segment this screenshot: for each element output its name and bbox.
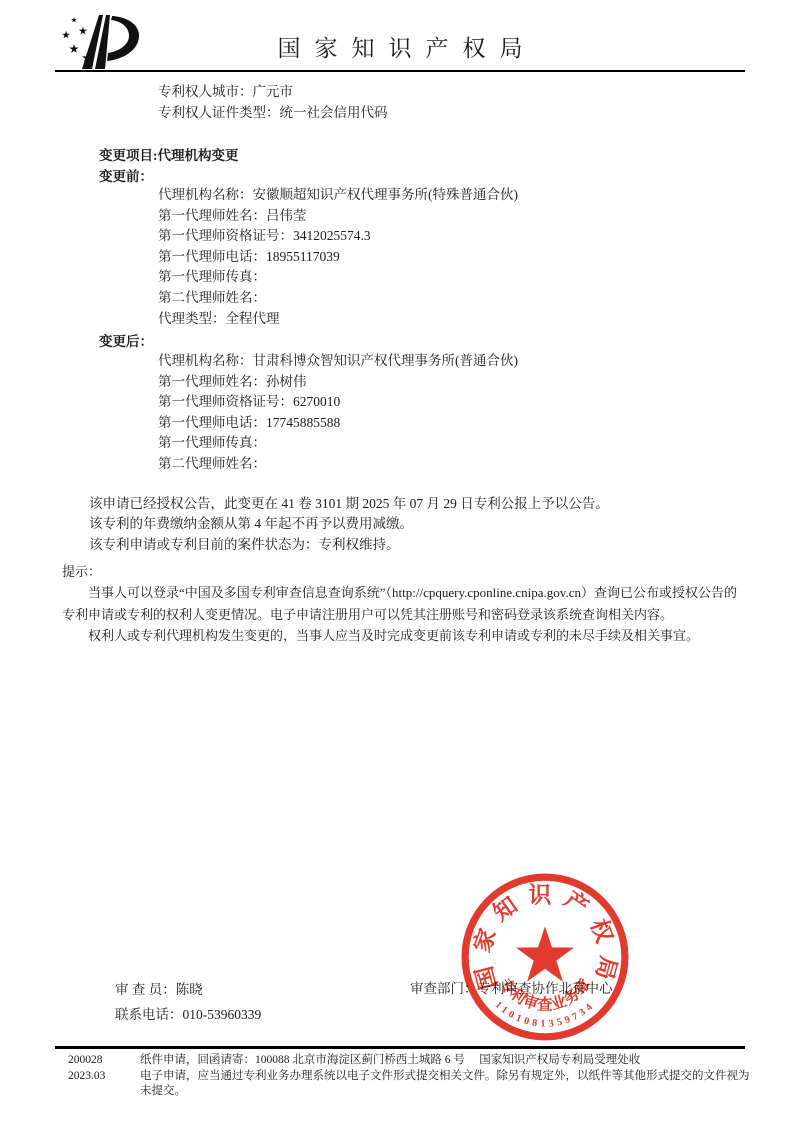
- form-date: 2023.03: [68, 1069, 105, 1085]
- change-item-heading: 变更项目:代理机构变更: [99, 144, 239, 164]
- change-before-fields: 代理机构名称：安徽顺超知识产权代理事务所(特殊普通合伙) 第一代理师姓名：吕伟莹…: [158, 185, 518, 329]
- field-label: 第一代理师传真：: [158, 269, 266, 284]
- field-label: 代理机构名称：: [158, 353, 253, 368]
- field-row: 第一代理师姓名：孙树伟: [158, 372, 518, 393]
- field-label: 第一代理师资格证号：: [158, 228, 293, 243]
- field-value: 甘肃科博众智知识产权代理事务所(普通合伙): [253, 353, 519, 368]
- note-line: 该专利申请或专利目前的案件状态为：专利权维持。: [62, 535, 762, 555]
- field-value: 全程代理: [226, 311, 280, 326]
- footer-divider: [55, 1046, 745, 1049]
- field-row: 代理机构名称：甘肃科博众智知识产权代理事务所(普通合伙): [158, 351, 518, 372]
- phone-number: 010-53960339: [183, 1007, 262, 1022]
- official-seal: 国家知识产权局 专利审查业务章 1101081359734: [460, 872, 630, 1042]
- field-value: 17745885588: [266, 415, 340, 430]
- field-label: 第一代理师电话：: [158, 415, 266, 430]
- note-line: 该专利的年费缴纳金额从第 4 年起不再予以费用减缴。: [62, 514, 762, 534]
- patentee-city-row: 专利权人城市：广元市: [158, 81, 388, 102]
- field-value: 广元市: [253, 84, 294, 99]
- examiner-label: 审 查 员：: [115, 982, 176, 997]
- field-label: 代理机构名称：: [158, 187, 253, 202]
- tips-heading: 提示：: [62, 561, 101, 580]
- footer-line: 电子申请，应当通过专利业务办理系统以电子文件形式提交相关文件。除另有规定外，以纸…: [140, 1069, 750, 1100]
- examiner-row: 审 查 员：陈晓: [115, 977, 261, 1002]
- footer-line: 纸件申请，回函请寄：100088 北京市海淀区蓟门桥西土城路 6 号 国家知识产…: [140, 1053, 750, 1069]
- field-label: 第一代理师姓名：: [158, 374, 266, 389]
- field-value: 3412025574.3: [293, 228, 371, 243]
- seal-star-icon: [516, 926, 574, 981]
- field-row: 第一代理师传真：: [158, 267, 518, 288]
- examiner-name: 陈晓: [176, 982, 203, 997]
- field-label: 专利权人城市：: [158, 84, 253, 99]
- field-label: 第二代理师姓名：: [158, 456, 266, 471]
- patentee-idtype-row: 专利权人证件类型：统一社会信用代码: [158, 102, 388, 123]
- svg-text:专利审查业务章: 专利审查业务章: [496, 975, 595, 1014]
- footer-instructions: 纸件申请，回函请寄：100088 北京市海淀区蓟门桥西土城路 6 号 国家知识产…: [140, 1053, 750, 1100]
- examiner-block: 审 查 员：陈晓 联系电话：010-53960339: [115, 977, 261, 1027]
- field-row: 第二代理师姓名：: [158, 454, 518, 475]
- field-row: 代理类型：全程代理: [158, 309, 518, 330]
- tips-paragraph: 当事人可以登录“中国及多国专利审查信息查询系统”（http://cpquery.…: [62, 582, 748, 625]
- field-label: 第一代理师传真：: [158, 435, 266, 450]
- phone-row: 联系电话：010-53960339: [115, 1002, 261, 1027]
- footer-form-codes: 200028 2023.03: [68, 1053, 105, 1084]
- field-row: 第一代理师电话：18955117039: [158, 247, 518, 268]
- patentee-info: 专利权人城市：广元市 专利权人证件类型：统一社会信用代码: [158, 81, 388, 123]
- field-label: 第一代理师姓名：: [158, 208, 266, 223]
- document-page: 国家知识产权局 专利权人城市：广元市 专利权人证件类型：统一社会信用代码 变更项…: [0, 0, 800, 1131]
- note-line: 该申请已经授权公告，此变更在 41 卷 3101 期 2025 年 07 月 2…: [62, 494, 762, 514]
- field-label: 第一代理师电话：: [158, 249, 266, 264]
- field-row: 第一代理师电话：17745885588: [158, 413, 518, 434]
- field-row: 第一代理师传真：: [158, 433, 518, 454]
- field-row: 代理机构名称：安徽顺超知识产权代理事务所(特殊普通合伙): [158, 185, 518, 206]
- field-value: 统一社会信用代码: [280, 105, 388, 120]
- field-row: 第一代理师资格证号：6270010: [158, 392, 518, 413]
- tips-body: 当事人可以登录“中国及多国专利审查信息查询系统”（http://cpquery.…: [62, 582, 748, 647]
- field-value: 孙树伟: [266, 374, 307, 389]
- form-code: 200028: [68, 1053, 105, 1069]
- seal-banner-text: 专利审查业务章: [496, 975, 595, 1014]
- field-value: 吕伟莹: [266, 208, 307, 223]
- field-value: 18955117039: [266, 249, 340, 264]
- phone-label: 联系电话：: [115, 1007, 183, 1022]
- field-value: 安徽顺超知识产权代理事务所(特殊普通合伙): [253, 187, 519, 202]
- change-after-fields: 代理机构名称：甘肃科博众智知识产权代理事务所(普通合伙) 第一代理师姓名：孙树伟…: [158, 351, 518, 475]
- field-label: 第一代理师资格证号：: [158, 394, 293, 409]
- change-before-heading: 变更前：: [99, 165, 153, 185]
- agency-title: 国家知识产权局: [0, 30, 800, 63]
- field-label: 代理类型：: [158, 311, 226, 326]
- field-row: 第一代理师姓名：吕伟莹: [158, 206, 518, 227]
- field-label: 专利权人证件类型：: [158, 105, 280, 120]
- field-row: 第二代理师姓名：: [158, 288, 518, 309]
- tips-paragraph: 权利人或专利代理机构发生变更的，当事人应当及时完成变更前该专利申请或专利的未尽手…: [62, 625, 748, 647]
- header-divider: [55, 70, 745, 72]
- field-value: 6270010: [293, 394, 340, 409]
- change-after-heading: 变更后：: [99, 330, 153, 350]
- field-label: 第二代理师姓名：: [158, 290, 266, 305]
- publication-notes: 该申请已经授权公告，此变更在 41 卷 3101 期 2025 年 07 月 2…: [62, 494, 762, 555]
- field-row: 第一代理师资格证号：3412025574.3: [158, 226, 518, 247]
